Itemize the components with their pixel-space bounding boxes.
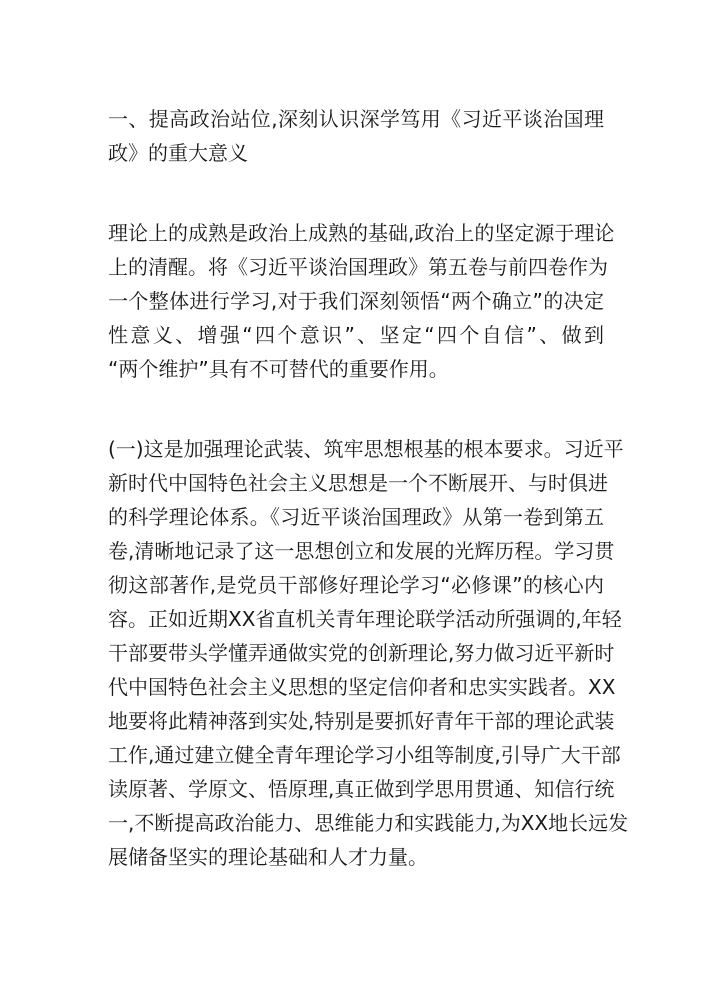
heading-line: 政》的重大意义 [108,136,604,170]
heading-line: 一、提高政治站位,深刻认识深学笃用《习近平谈治国理 [108,102,604,136]
paragraph-line: 展储备坚实的理论基础和人才力量。 [108,840,604,874]
paragraph-line: 理论上的成熟是政治上成熟的基础,政治上的坚定源于理论 [108,216,604,250]
paragraph-line: 的科学理论体系。《习近平谈治国理政》从第一卷到第五 [108,500,604,534]
paragraph-line: 性意义、增强“四个意识”、坚定“四个自信”、做到 [108,318,604,352]
paragraph-line: 容。正如近期XX省直机关青年理论联学活动所强调的,年轻 [108,602,604,636]
paragraph-line: 一,不断提高政治能力、思维能力和实践能力,为XX地长远发 [108,806,604,840]
paragraph-line: 卷,清晰地记录了这一思想创立和发展的光辉历程。学习贯 [108,534,604,568]
paragraph-line: 上的清醒。将《习近平谈治国理政》第五卷与前四卷作为 [108,250,604,284]
paragraph-line: (一)这是加强理论武装、筑牢思想根基的根本要求。习近平 [108,432,604,466]
paragraph-subsection-1: (一)这是加强理论武装、筑牢思想根基的根本要求。习近平 新时代中国特色社会主义思… [108,432,604,874]
paragraph-line: 干部要带头学懂弄通做实党的创新理论,努力做习近平新时 [108,636,604,670]
paragraph-line: 新时代中国特色社会主义思想是一个不断展开、与时俱进 [108,466,604,500]
section-heading: 一、提高政治站位,深刻认识深学笃用《习近平谈治国理 政》的重大意义 [108,102,604,170]
paragraph-line: 工作,通过建立健全青年理论学习小组等制度,引导广大干部 [108,738,604,772]
paragraph-line: 读原著、学原文、悟原理,真正做到学思用贯通、知信行统 [108,772,604,806]
paragraph-intro: 理论上的成熟是政治上成熟的基础,政治上的坚定源于理论 上的清醒。将《习近平谈治国… [108,216,604,386]
paragraph-line: 一个整体进行学习,对于我们深刻领悟“两个确立”的决定 [108,284,604,318]
paragraph-line: 地要将此精神落到实处,特别是要抓好青年干部的理论武装 [108,704,604,738]
paragraph-line: 代中国特色社会主义思想的坚定信仰者和忠实实践者。XX [108,670,604,704]
paragraph-line: 彻这部著作,是党员干部修好理论学习“必修课”的核心内 [108,568,604,602]
document-page: 一、提高政治站位,深刻认识深学笃用《习近平谈治国理 政》的重大意义 理论上的成熟… [108,102,604,874]
paragraph-line: “两个维护”具有不可替代的重要作用。 [108,352,604,386]
